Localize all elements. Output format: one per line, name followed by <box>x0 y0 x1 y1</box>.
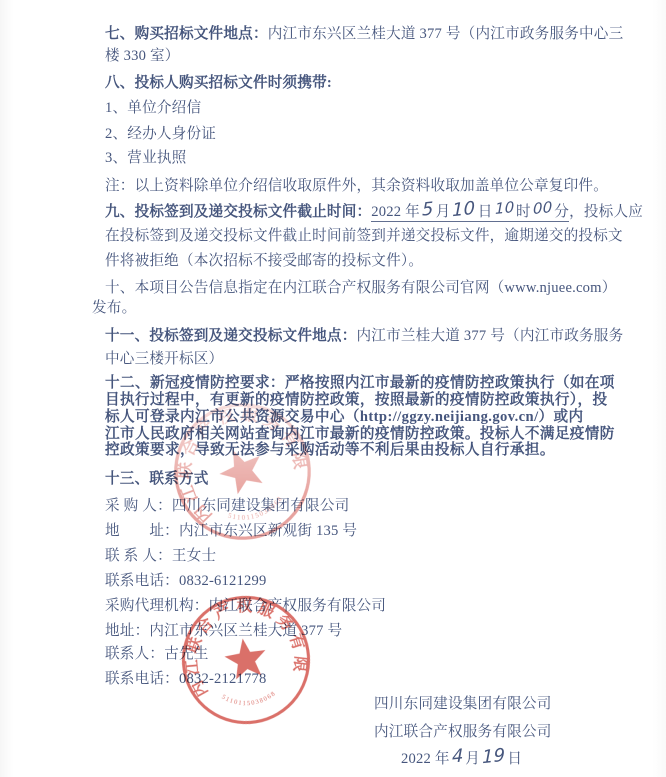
contact-row-address: 地 址：内江市东兴区新观街 135 号 <box>105 522 357 540</box>
item7-text: 内江市东兴区兰桂大道 377 号（内江市政务服务中心三 <box>268 26 624 42</box>
handwritten-date-month: 4 <box>452 745 464 769</box>
contact-label: 联系人： <box>105 646 164 662</box>
list-item-1: 1、单位介绍信 <box>105 99 201 117</box>
contact-value: 0832-6121299 <box>179 573 267 589</box>
contact-row-agency: 采购代理机构：内江联合产权服务有限公司 <box>105 597 386 615</box>
contact-value: 内江市东兴区新观街 135 号 <box>179 523 357 539</box>
day-label: 日 <box>478 204 493 220</box>
contact-row-person: 联 系 人：王女士 <box>105 547 216 565</box>
contact-label: 采购代理机构： <box>105 598 209 614</box>
item11-line2: 中心三楼开标区） <box>105 350 223 368</box>
contact-label: 采 购 人： <box>105 498 172 514</box>
item7-line1: 七、购买招标文件地点：内江市东兴区兰桂大道 377 号（内江市政务服务中心三 <box>105 25 623 43</box>
handwritten-month: 5 <box>422 198 434 222</box>
contact-value: 0832-2121778 <box>179 671 267 687</box>
item9-heading: 九、投标签到及递交投标文件截止时间： <box>105 204 371 220</box>
item9-line1: 九、投标签到及递交投标文件截止时间：2022 年5月10日10时00分，投标人应 <box>105 200 643 223</box>
month-label: 月 <box>436 204 451 220</box>
contact-value: 古先生 <box>164 646 208 662</box>
item9-line2: 在投标签到及递交投标文件截止时间前签到并递交投标文件，逾期递交的投标文 <box>105 227 623 245</box>
item9-suffix: ，投标人应 <box>569 204 643 220</box>
handwritten-minute: 00 <box>533 198 552 219</box>
signature-company-1: 四川东同建设集团有限公司 <box>374 695 552 713</box>
item11-line1: 十一、投标签到及递交投标文件地点：内江市兰桂大道 377 号（内江市政务服务 <box>105 327 623 345</box>
contact-label: 联系电话： <box>105 671 179 687</box>
item11-text: 内江市兰桂大道 377 号（内江市政务服务 <box>357 328 624 344</box>
note-line: 注：以上资料除单位介绍信收取原件外，其余资料收取加盖单位公章复印件。 <box>105 177 608 195</box>
handwritten-day: 10 <box>452 198 475 223</box>
item11-heading: 十一、投标签到及递交投标文件地点： <box>105 328 357 344</box>
contact-row-agency-person: 联系人：古先生 <box>105 645 209 663</box>
contact-label: 地址： <box>105 623 149 639</box>
contact-row-agency-address: 地址：内江市东兴区兰桂大道 377 号 <box>105 622 342 640</box>
item12-line5: 控政策要求，导致无法参与采购活动等不利后果由投标人自行承担。 <box>105 441 555 459</box>
contact-row-purchaser: 采 购 人：四川东同建设集团有限公司 <box>105 497 349 515</box>
date-day-label: 日 <box>507 751 522 767</box>
signature-company-2: 内江联合产权服务有限公司 <box>374 723 552 741</box>
deadline-underlined: 2022 年5月10日10时00分 <box>371 204 569 222</box>
item12-line1: 十二、新冠疫情防控要求：严格按照内江市最新的疫情防控政策执行（如在项 <box>105 374 615 392</box>
item9-line3: 件将被拒绝（本次招标不接受邮寄的投标文件）。 <box>105 252 423 270</box>
contact-value: 内江市东兴区兰桂大道 377 号 <box>149 623 342 639</box>
contact-row-agency-phone: 联系电话：0832-2121778 <box>105 670 267 688</box>
handwritten-date-day: 19 <box>482 745 505 770</box>
item12-line3: 标人可登录内江市公共资源交易中心（http://ggzy.neijiang.go… <box>105 408 584 426</box>
item7-line2: 楼 330 室） <box>105 47 180 65</box>
item8-heading: 八、投标人购买招标文件时须携带: <box>105 74 332 92</box>
item7-heading: 七、购买招标文件地点： <box>105 26 268 42</box>
hour-label: 时 <box>516 204 531 220</box>
item10-line1: 十、本项目公告信息指定在内江联合产权服务有限公司官网（www.njuee.com… <box>105 279 617 297</box>
contact-value: 王女士 <box>172 548 216 564</box>
contact-label: 地 址： <box>105 523 179 539</box>
seal-serial-number: 5110115038068 <box>219 685 278 711</box>
contact-value: 四川东同建设集团有限公司 <box>172 498 350 514</box>
item12-heading: 十二、新冠疫情防控要求： <box>105 375 285 391</box>
deadline-year: 2022 年 <box>371 204 420 220</box>
date-year: 2022 年 <box>401 751 450 767</box>
handwritten-hour: 10 <box>495 198 514 219</box>
minute-label: 分 <box>554 204 569 220</box>
item12-line2: 目执行过程中，有更新的疫情防控政策，按照最新的疫情防控政策执行），投 <box>105 391 608 409</box>
item13-heading: 十三、联系方式 <box>105 470 209 488</box>
contact-row-phone: 联系电话：0832-6121299 <box>105 572 267 590</box>
list-item-3: 3、营业执照 <box>105 149 186 167</box>
list-item-2: 2、经办人身份证 <box>105 125 216 143</box>
contact-label: 联系电话： <box>105 573 179 589</box>
date-month-label: 月 <box>465 751 480 767</box>
contact-value: 内江联合产权服务有限公司 <box>209 598 387 614</box>
scanned-tender-document-page: 七、购买招标文件地点：内江市东兴区兰桂大道 377 号（内江市政务服务中心三 楼… <box>0 0 666 777</box>
signature-date: 2022 年4月19日 <box>401 747 522 770</box>
contact-label: 联 系 人： <box>105 548 172 564</box>
item10-line2: 发布。 <box>92 299 136 317</box>
item12-text: 严格按照内江市最新的疫情防控政策执行（如在项 <box>285 375 615 391</box>
